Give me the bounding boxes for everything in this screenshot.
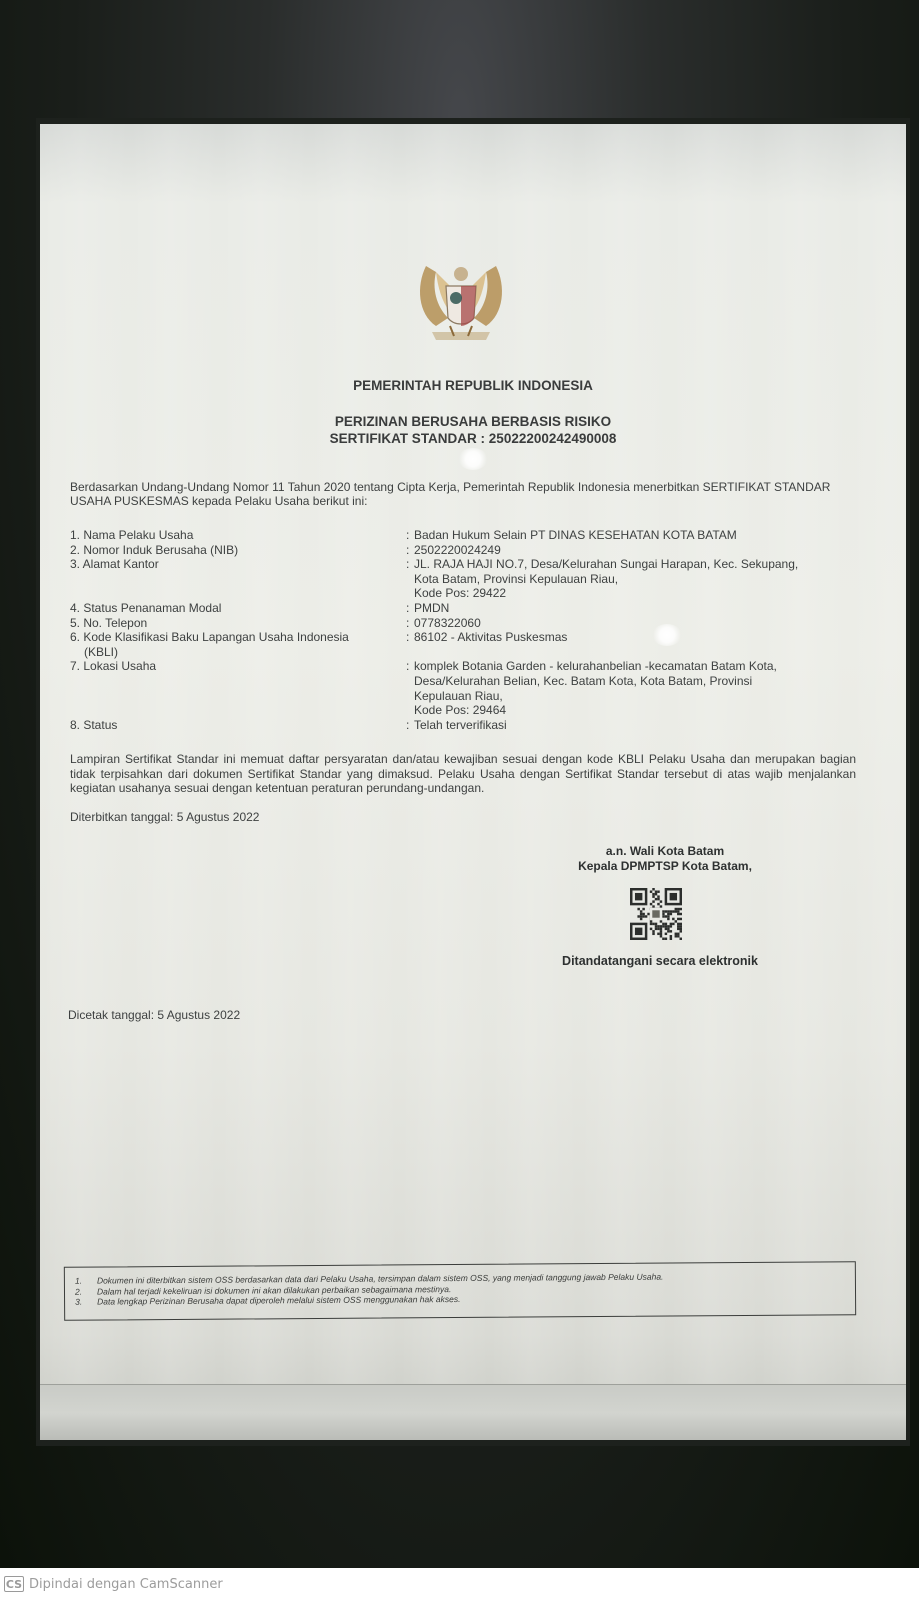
field-value: :Badan Hukum Selain PT DINAS KESEHATAN K… (406, 528, 870, 543)
field-label: 7. Lokasi Usaha (70, 659, 406, 717)
electronic-signature-label: Ditandatangani secara elektronik (540, 954, 780, 968)
closing-paragraph: Lampiran Sertifikat Standar ini memuat d… (70, 752, 856, 796)
field-row: 4. Status Penanaman Modal:PMDN (70, 601, 870, 616)
issued-date: Diterbitkan tanggal: 5 Agustus 2022 (70, 810, 259, 824)
field-label: 3. Alamat Kantor (70, 557, 406, 601)
intro-paragraph: Berdasarkan Undang-Undang Nomor 11 Tahun… (70, 480, 870, 508)
garuda-emblem-icon (406, 236, 516, 356)
field-value: :Telah terverifikasi (406, 718, 870, 733)
field-label: 6. Kode Klasifikasi Baku Lapangan Usaha … (70, 630, 406, 659)
field-label: 4. Status Penanaman Modal (70, 601, 406, 616)
signature-block: a.n. Wali Kota Batam Kepala DPMPTSP Kota… (550, 844, 780, 874)
signature-official: Kepala DPMPTSP Kota Batam, (550, 859, 780, 874)
government-heading: PEMERINTAH REPUBLIK INDONESIA (40, 378, 906, 393)
certificate-document: PEMERINTAH REPUBLIK INDONESIA PERIZINAN … (40, 124, 906, 1440)
qr-code-icon (630, 888, 682, 940)
field-value: :0778322060 (406, 616, 870, 631)
business-details: 1. Nama Pelaku Usaha:Badan Hukum Selain … (70, 528, 870, 732)
field-row: 6. Kode Klasifikasi Baku Lapangan Usaha … (70, 630, 870, 659)
field-row: 2. Nomor Induk Berusaha (NIB):2502220024… (70, 543, 870, 558)
field-value: :86102 - Aktivitas Puskesmas (406, 630, 870, 659)
footnotes-box: 1.Dokumen ini diterbitkan sistem OSS ber… (64, 1261, 856, 1321)
field-value: :PMDN (406, 601, 870, 616)
field-label: 1. Nama Pelaku Usaha (70, 528, 406, 543)
field-label: 2. Nomor Induk Berusaha (NIB) (70, 543, 406, 558)
field-label: 5. No. Telepon (70, 616, 406, 631)
signature-on-behalf: a.n. Wali Kota Batam (550, 844, 780, 859)
field-value: :2502220024249 (406, 543, 870, 558)
field-row: 7. Lokasi Usaha:komplek Botania Garden -… (70, 659, 870, 717)
light-glare (458, 448, 488, 470)
certificate-title: PERIZINAN BERUSAHA BERBASIS RISIKO (40, 414, 906, 429)
field-label: 8. Status (70, 718, 406, 733)
certificate-number: SERTIFIKAT STANDAR : 25022200242490008 (40, 431, 906, 446)
paper-bottom-fold (40, 1384, 906, 1440)
field-row: 1. Nama Pelaku Usaha:Badan Hukum Selain … (70, 528, 870, 543)
field-value: :JL. RAJA HAJI NO.7, Desa/Kelurahan Sung… (406, 557, 870, 601)
camscanner-watermark: CS Dipindai dengan CamScanner (0, 1568, 919, 1600)
field-row: 3. Alamat Kantor:JL. RAJA HAJI NO.7, Des… (70, 557, 870, 601)
field-row: 8. Status:Telah terverifikasi (70, 718, 870, 733)
field-row: 5. No. Telepon:0778322060 (70, 616, 870, 631)
camscanner-text: Dipindai dengan CamScanner (29, 1577, 223, 1592)
camscanner-logo-icon: CS (4, 1576, 24, 1592)
printed-date: Dicetak tanggal: 5 Agustus 2022 (68, 1008, 240, 1022)
field-value: :komplek Botania Garden - kelurahanbelia… (406, 659, 870, 717)
